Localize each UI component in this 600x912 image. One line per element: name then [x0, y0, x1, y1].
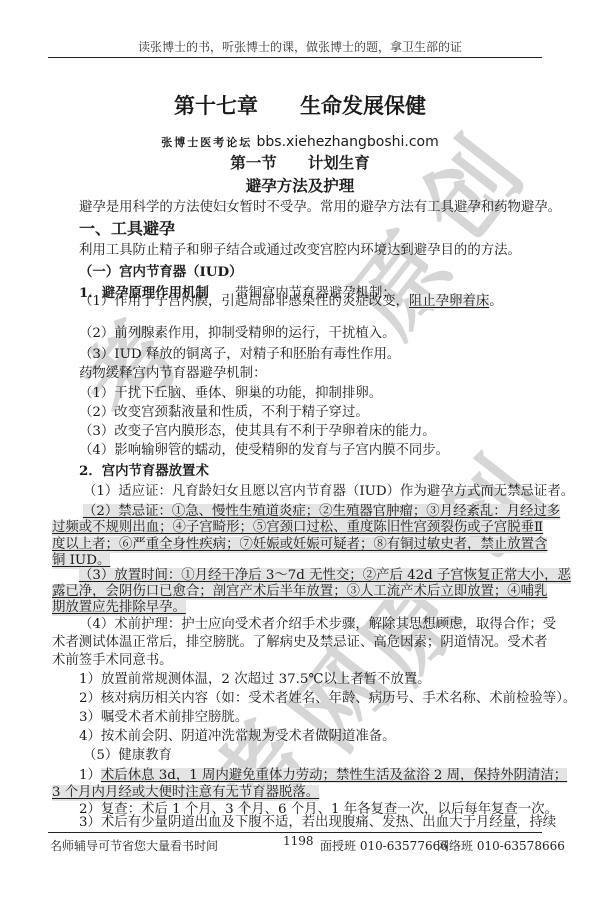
- site-banner: 张博士医考论坛 bbs.xiehezhangboshi.com: [0, 134, 600, 151]
- contraindication-line: 过频或不规则出血；④子宫畸形；⑤宫颈口过松、重度陈旧性宫颈裂伤或子宫脱垂Ⅱ: [52, 520, 543, 536]
- tool-description: 利用工具防止精子和卵子结合或通过改变宫腔内环境达到避孕目的的方法。: [79, 243, 521, 259]
- list-item: 1）放置前常规测体温，2 次超过 37.5℃以上者暂不放置。: [79, 672, 431, 688]
- list-item: （3）IUD 释放的铜离子，对精子和胚胎有毒性作用。: [79, 347, 400, 363]
- page-header-slogan: 读张博士的书，听张博士的课，做张博士的题，拿卫生部的证: [0, 38, 600, 55]
- contraindication-line: 铜 IUD。: [52, 553, 110, 569]
- highlighted-text: 阻止孕卵着床: [409, 294, 489, 309]
- section-title: 第一节 计划生育: [0, 155, 600, 171]
- site-name: 张博士医考论坛: [161, 136, 252, 149]
- list-item: 3）嘱受术者术前排空膀胱。: [79, 710, 248, 726]
- list-item: 2）核对病历相关内容（如：受术者姓名、年龄、病历号、手术名称、术前检验等）。: [79, 691, 576, 707]
- indication: （1）适应证：凡育龄妇女且愿以宫内节育器（IUD）作为避孕方式而无禁忌证者。: [83, 484, 574, 500]
- footer-class-onsite: 面授班 010-63577666: [320, 837, 448, 854]
- footer-class-online: 网络班 010-63578666: [437, 837, 565, 854]
- preop-line: （4）术前护理：护士应向受术者介绍手术步骤，解除其思想顾虑，取得合作；受: [79, 617, 556, 633]
- heading-tool-contraception: 一、工具避孕: [79, 221, 175, 237]
- preop-line: 术前签手术同意书。: [52, 653, 173, 669]
- list-item: 4）按术前会阴、阴道冲洗常规为受术者做阴道准备。: [79, 729, 396, 745]
- heading-iud: （一）宫内节育器（IUD）: [79, 264, 242, 280]
- contraindication-line: 度以上者；⑥严重全身性疾病；⑦妊娠或妊娠可疑者；⑧有铜过敏史者，禁止放置含: [52, 537, 547, 553]
- drug-iud-lead: 药物缓释宫内节育器避孕机制：: [79, 366, 266, 382]
- section-subtitle: 避孕方法及护理: [0, 178, 600, 194]
- list-item: 3）术后有少量阴道出血及下腹不适，若出现腹痛、发热、出血大于月经量，持续: [79, 815, 556, 831]
- footer-divider: [48, 832, 542, 833]
- timing-line: 露已净，会阴伤口已愈合；剖宫产术后半年放置；③人工流产术后立即放置；④哺乳: [52, 584, 547, 600]
- site-url[interactable]: bbs.xiehezhangboshi.com: [257, 134, 439, 150]
- list-item: （1）作用于子宫内膜，引起局部非感染性的炎症改变，阻止孕卵着床。: [79, 294, 503, 310]
- intro-paragraph: 避孕是用科学的方法使妇女暂时不受孕。常用的避孕方法有工具避孕和药物避孕。: [79, 200, 561, 216]
- chapter-title: 第十七章 生命发展保健: [0, 98, 600, 114]
- timing-line: （3）放置时间：①月经干净后 3～7d 无性交；②产后 42d 子宫恢复正常大小…: [79, 568, 571, 584]
- health-education-heading: （5）健康教育: [83, 748, 172, 764]
- header-divider: [48, 57, 542, 58]
- preop-line: 术者测试体温正常后，排空膀胱。了解病史及禁忌证、高危因素；阴道情况。受术者: [52, 635, 547, 651]
- list-item: （2）改变宫颈黏液量和性质，不利于精子穿过。: [79, 405, 369, 421]
- timing-line: 期放置应先排除早孕。: [52, 600, 186, 616]
- edu-line: 1）术后休息 3d，1 周内避免重体力劳动；禁性生活及盆浴 2 周，保持外阴清洁…: [79, 768, 567, 784]
- page-number: 1198: [283, 834, 314, 848]
- contraindication-line: （2）禁忌证：①急、慢性生殖道炎症；②生殖器官肿瘤；③月经紊乱：月经过多: [83, 504, 560, 520]
- highlighted-text: 术后休息 3d，1 周内避免重体力劳动；禁性生活及盆浴 2 周，保持外阴清洁；: [101, 768, 567, 783]
- insertion-heading: 2．宫内节育器放置术: [79, 463, 209, 479]
- list-item: （3）改变子宫内膜形态，使其具有不利于孕卵着床的能力。: [79, 424, 436, 440]
- list-item: （2）前列腺素作用，抑制受精卵的运行，干扰植入。: [79, 326, 396, 342]
- list-item: （1）干扰下丘脑、垂体、卵巢的功能，抑制排卵。: [79, 386, 382, 402]
- list-item: （4）影响输卵管的蠕动，使受精卵的发育与子宫内膜不同步。: [79, 443, 449, 459]
- edu-line: 3 个月内月经或大便时注意有无节育器脱落。: [52, 785, 319, 801]
- footer-slogan: 名师辅导可节省您大量看书时间: [50, 837, 218, 854]
